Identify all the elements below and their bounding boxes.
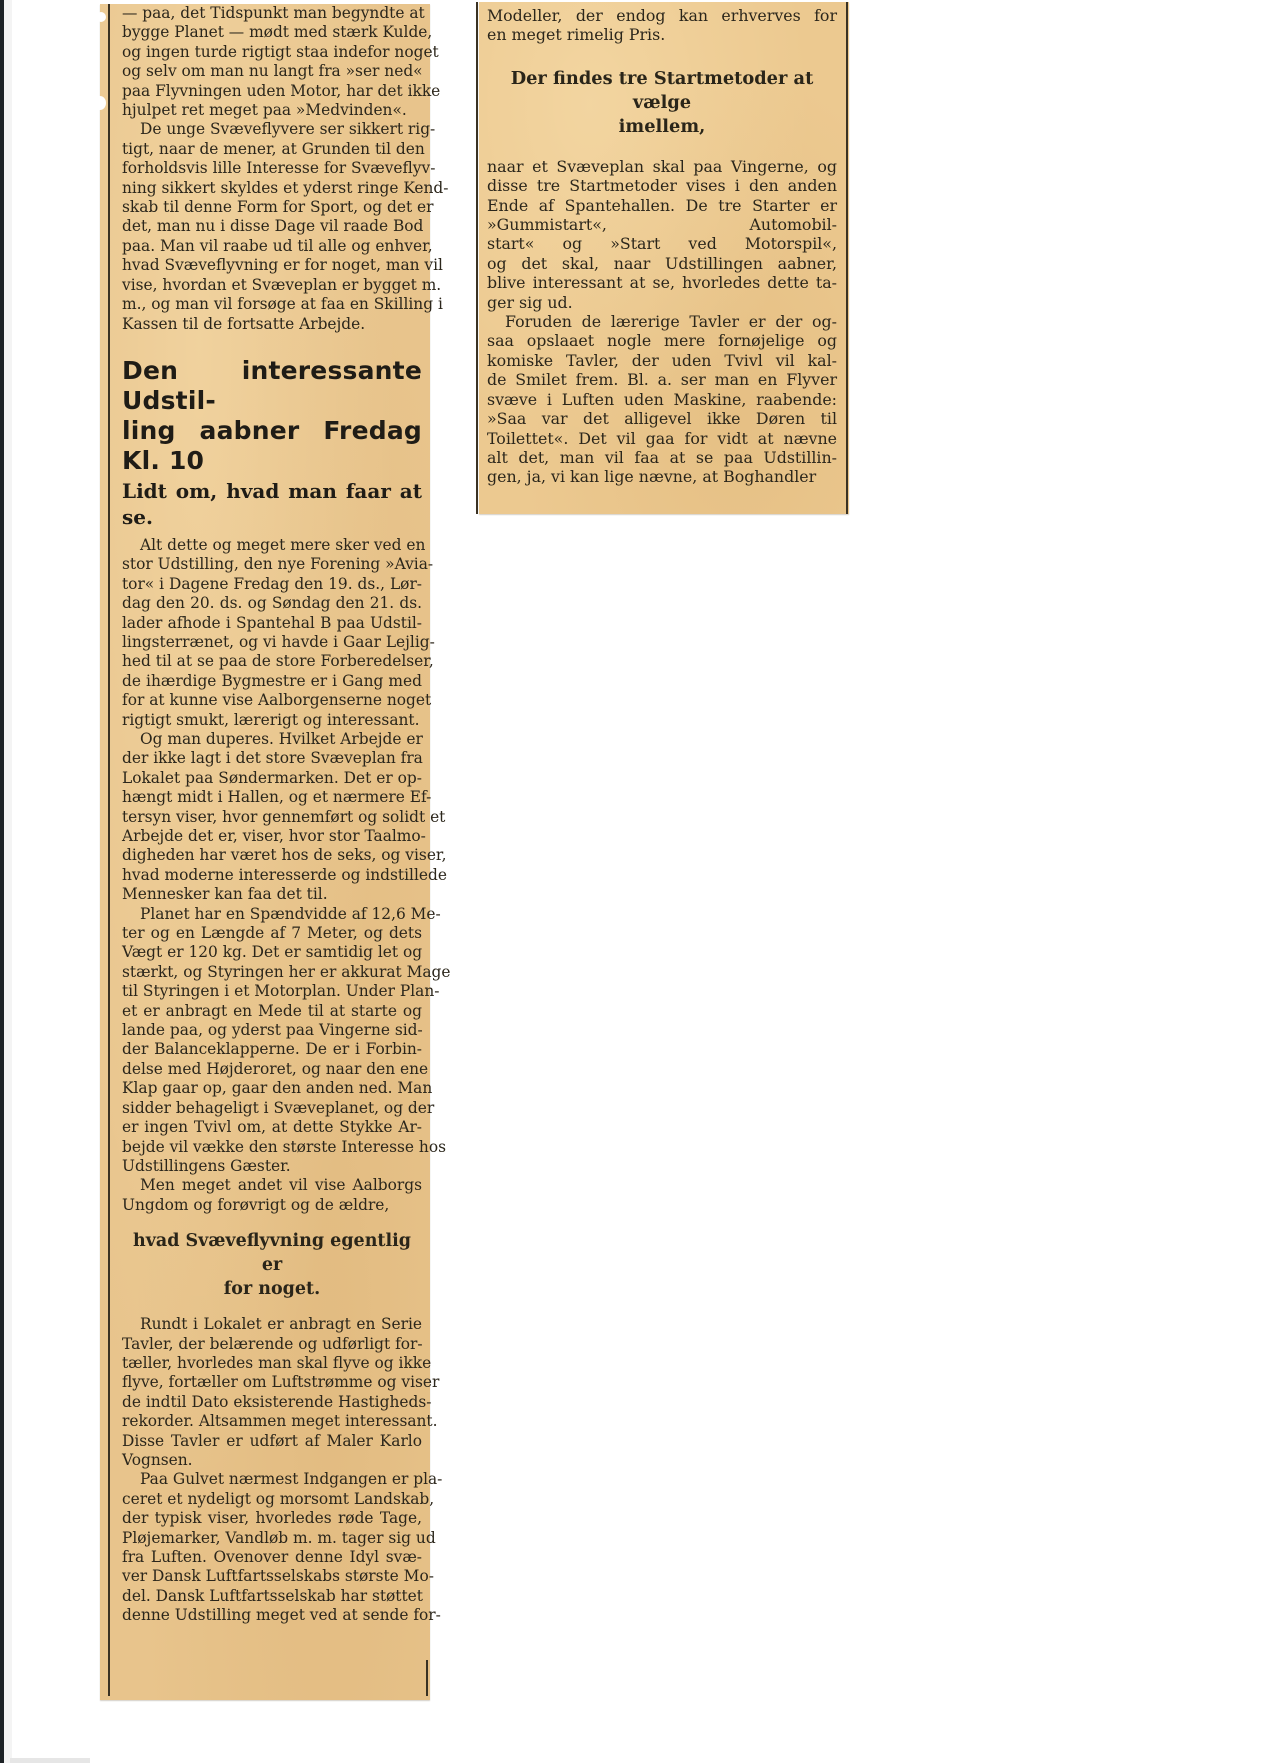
- text-line: lingsterrænet, og vi havde i Gaar Lejlig…: [122, 633, 422, 652]
- text-line: stærkt, og Styringen her er akkurat Mage: [122, 963, 422, 982]
- text-line: Modeller, der endog kan erhverves for: [487, 6, 837, 25]
- text-line: ter og en Længde af 7 Meter, og dets: [122, 924, 422, 943]
- text-line: hed til at se paa de store Forberedelser…: [122, 652, 422, 671]
- text-line: Men meget andet vil vise Aalborgs: [122, 1176, 422, 1195]
- text-line: Arbejde det er, viser, hvor stor Taalmo-: [122, 827, 422, 846]
- text-line: komiske Tavler, der uden Tvivl vil kal-: [487, 351, 837, 370]
- text-line: blive interessant at se, hvorledes dette…: [487, 273, 837, 292]
- text-line: alt det, man vil faa at se paa Udstillin…: [487, 448, 837, 467]
- text-line: til Styringen i et Motorplan. Under Plan…: [122, 982, 422, 1001]
- article-headline: Den interessante Udstil-ling aabner Fred…: [122, 356, 422, 476]
- text-line: skab til denne Form for Sport, og det er: [122, 198, 422, 217]
- scan-edge: [0, 0, 12, 1763]
- text-line: Kassen til de fortsatte Arbejde.: [122, 315, 422, 334]
- text-line: ling aabner Fredag Kl. 10: [122, 416, 422, 476]
- text-line: dag den 20. ds. og Søndag den 21. ds.: [122, 594, 422, 613]
- text-line: Udstillingens Gæster.: [122, 1157, 422, 1176]
- text-line: delse med Højderoret, og naar den ene: [122, 1060, 422, 1079]
- text-line: Mennesker kan faa det til.: [122, 885, 422, 904]
- text-line: paa Flyvningen uden Motor, har det ikke: [122, 82, 422, 101]
- text-line: ver Dansk Luftfartsselskabs største Mo-: [122, 1567, 422, 1586]
- text-line: ger sig ud.: [487, 293, 837, 312]
- text-line: Planet har en Spændvidde af 12,6 Me-: [122, 905, 422, 924]
- text-line: fra Luften. Ovenover denne Idyl svæ-: [122, 1548, 422, 1567]
- text-line: Lokalet paa Søndermarken. Det er op-: [122, 769, 422, 788]
- text-line: hvad Svæveflyvning egentlig er: [122, 1229, 422, 1277]
- paragraph-comic-boards: Foruden de lærerige Tavler er der og-saa…: [487, 312, 837, 487]
- text-line: der ikke lagt i det store Svæveplan fra: [122, 749, 422, 768]
- text-line: del. Dansk Luftfartsselskab har støttet: [122, 1587, 422, 1606]
- text-line: paa. Man vil raabe ud til alle og enhver…: [122, 237, 422, 256]
- text-line: »Saa var det alligevel ikke Døren til: [487, 409, 837, 428]
- text-line: rekorder. Altsammen meget interessant.: [122, 1412, 422, 1431]
- text-line: — paa, det Tidspunkt man begyndte at: [122, 4, 422, 23]
- text-line: Klap gaar op, gaar den anden ned. Man: [122, 1079, 422, 1098]
- text-line: og ingen turde rigtigt staa indefor noge…: [122, 43, 422, 62]
- text-line: Toilettet«. Det vil gaa for vidt at nævn…: [487, 429, 837, 448]
- right-article-column: Modeller, der endog kan erhverves foren …: [487, 6, 837, 487]
- text-line: og selv om man nu langt fra »ser ned«: [122, 62, 422, 81]
- text-line: flyve, fortæller om Luftstrømme og viser: [122, 1373, 422, 1392]
- torn-edge: [96, 12, 106, 22]
- text-line: saa opslaaet nogle mere fornøjelige og: [487, 331, 837, 350]
- text-line: de indtil Dato eksisterende Hastigheds-: [122, 1393, 422, 1412]
- text-line: gen, ja, vi kan lige nævne, at Boghandle…: [487, 467, 837, 486]
- paragraph-glider: Og man duperes. Hvilket Arbejde erder ik…: [122, 730, 422, 905]
- text-line: et er anbragt en Mede til at starte og: [122, 1002, 422, 1021]
- text-line: tor« i Dagene Fredag den 19. ds., Lør-: [122, 575, 422, 594]
- paragraph-more: Men meget andet vil vise AalborgsUngdom …: [122, 1176, 422, 1215]
- paragraph-boards: Rundt i Lokalet er anbragt en SerieTavle…: [122, 1315, 422, 1470]
- text-line: Paa Gulvet nærmest Indgangen er pla-: [122, 1470, 422, 1489]
- text-line: hængt midt i Hallen, og et nærmere Ef-: [122, 788, 422, 807]
- text-line: lande paa, og yderst paa Vingerne sid-: [122, 1021, 422, 1040]
- text-line: ning sikkert skyldes et yderst ringe Ken…: [122, 179, 422, 198]
- text-line: de ihærdige Bygmestre er i Gang med: [122, 672, 422, 691]
- text-line: Vægt er 120 kg. Det er samtidig let og: [122, 943, 422, 962]
- text-line: Der findes tre Startmetoder at vælge: [487, 67, 837, 115]
- text-line: det, man nu i disse Dage vil raade Bod: [122, 217, 422, 236]
- text-line: der Balanceklapperne. De er i Forbin-: [122, 1040, 422, 1059]
- paragraph-start-methods: naar et Svæveplan skal paa Vingerne, ogd…: [487, 157, 837, 312]
- text-line: bygge Planet — mødt med stærk Kulde,: [122, 23, 422, 42]
- article-subheadline: Lidt om, hvad man faar at se.: [122, 478, 422, 530]
- text-line: og det skal, naar Udstillingen aabner,: [487, 254, 837, 273]
- column-rule-left-bottom: [426, 1660, 428, 1696]
- text-line: for noget.: [122, 1277, 422, 1301]
- text-line: lader afhode i Spantehal B paa Udstil-: [122, 614, 422, 633]
- text-line: der typisk viser, hvorledes røde Tage,: [122, 1509, 422, 1528]
- text-line: Ungdom og forøvrigt og de ældre,: [122, 1196, 422, 1215]
- torn-edge: [94, 96, 106, 110]
- text-line: Foruden de lærerige Tavler er der og-: [487, 312, 837, 331]
- text-line: vise, hvordan et Svæveplan er bygget m.: [122, 276, 422, 295]
- text-line: tæller, hvorledes man skal flyve og ikke: [122, 1354, 422, 1373]
- column-rule-right-start: [476, 2, 478, 514]
- paragraph-specs: Planet har en Spændvidde af 12,6 Me-ter …: [122, 905, 422, 1177]
- text-line: rigtigt smukt, lærerigt og interessant.: [122, 711, 422, 730]
- text-line: Alt dette og meget mere sker ved en: [122, 536, 422, 555]
- paragraph-purpose: De unge Svæveflyvere ser sikkert rig-tig…: [122, 120, 422, 333]
- intro-paragraph: — paa, det Tidspunkt man begyndte atbygg…: [122, 4, 422, 120]
- scan-bottom-edge: [10, 1758, 90, 1763]
- text-line: ceret et nydeligt og morsomt Landskab,: [122, 1490, 422, 1509]
- text-line: Pløjemarker, Vandløb m. m. tager sig ud: [122, 1529, 422, 1548]
- text-line: Vognsen.: [122, 1451, 422, 1470]
- text-line: Tavler, der belærende og udførligt for-: [122, 1335, 422, 1354]
- text-line: stor Udstilling, den nye Forening »Avia-: [122, 555, 422, 574]
- text-line: hvad moderne interesserde og indstillede: [122, 866, 422, 885]
- left-article-column: — paa, det Tidspunkt man begyndte atbygg…: [122, 4, 422, 1626]
- text-line: tersyn viser, hvor gennemført og solidt …: [122, 808, 422, 827]
- text-line: imellem,: [487, 115, 837, 139]
- section-subheading: hvad Svæveflyvning egentlig erfor noget.: [122, 1229, 422, 1301]
- text-line: De unge Svæveflyvere ser sikkert rig-: [122, 120, 422, 139]
- text-line: digheden har været hos de seks, og viser…: [122, 846, 422, 865]
- column-rule-right-end: [846, 2, 848, 514]
- text-line: Og man duperes. Hvilket Arbejde er: [122, 730, 422, 749]
- text-line: en meget rimelig Pris.: [487, 25, 837, 44]
- text-line: for at kunne vise Aalborgenserne noget: [122, 691, 422, 710]
- text-line: tigt, naar de mener, at Grunden til den: [122, 140, 422, 159]
- text-line: bejde vil vække den største Interesse ho…: [122, 1138, 422, 1157]
- text-line: Disse Tavler er udført af Maler Karlo: [122, 1432, 422, 1451]
- text-line: hjulpet ret meget paa »Medvinden«.: [122, 101, 422, 120]
- text-line: Den interessante Udstil-: [122, 356, 422, 416]
- text-line: start« og »Start ved Motorspil«,: [487, 234, 837, 253]
- text-line: er ingen Tvivl om, at dette Stykke Ar-: [122, 1118, 422, 1137]
- text-line: »Gummistart«, Automobil-: [487, 215, 837, 234]
- text-line: naar et Svæveplan skal paa Vingerne, og: [487, 157, 837, 176]
- column-rule-left: [108, 4, 110, 1696]
- text-line: denne Udstilling meget ved at sende for-: [122, 1606, 422, 1625]
- text-line: forholdsvis lille Interesse for Svævefly…: [122, 159, 422, 178]
- text-line: sidder behageligt i Svæveplanet, og der: [122, 1099, 422, 1118]
- paragraph-landscape: Paa Gulvet nærmest Indgangen er pla-cere…: [122, 1470, 422, 1625]
- text-line: Ende af Spantehallen. De tre Starter er: [487, 196, 837, 215]
- text-line: Rundt i Lokalet er anbragt en Serie: [122, 1315, 422, 1334]
- paragraph-exhibition: Alt dette og meget mere sker ved enstor …: [122, 536, 422, 730]
- text-line: hvad Svæveflyvning er for noget, man vil: [122, 256, 422, 275]
- intro-paragraph-right: Modeller, der endog kan erhverves foren …: [487, 6, 837, 45]
- section-subheading-right: Der findes tre Startmetoder at vælgeimel…: [487, 67, 837, 139]
- text-line: disse tre Startmetoder vises i den anden: [487, 176, 837, 195]
- text-line: svæve i Luften uden Maskine, raabende:: [487, 390, 837, 409]
- text-line: m., og man vil forsøge at faa en Skillin…: [122, 295, 422, 314]
- text-line: de Smilet frem. Bl. a. ser man en Flyver: [487, 370, 837, 389]
